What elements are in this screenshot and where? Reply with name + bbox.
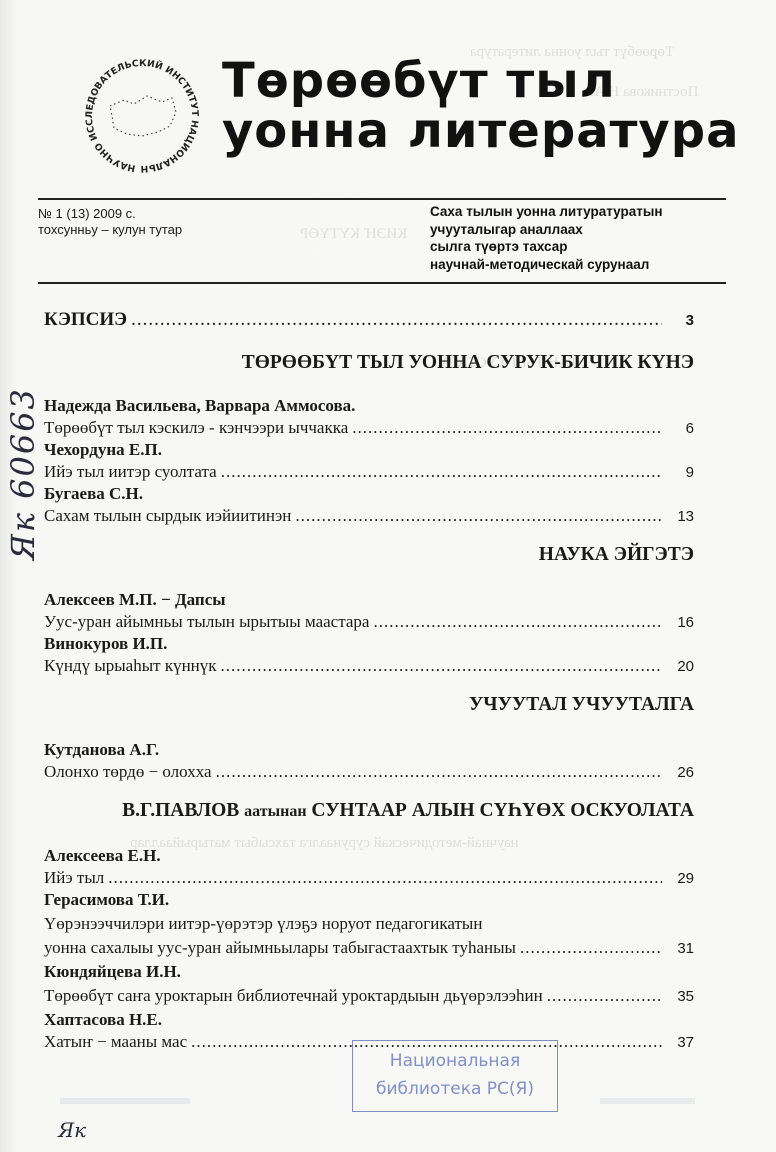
toc-entry[interactable]: Сахам тылын сырдык иэйиитинэн 13 (44, 506, 694, 528)
leader-dots (131, 309, 662, 331)
page-number: 35 (670, 988, 694, 1005)
page-number: 6 (670, 420, 694, 437)
page-number: 3 (670, 312, 694, 329)
toc-entry[interactable]: Ийэ тыл иитэр суолтата 9 (44, 462, 694, 484)
entry-title: Төрөөбүт тыл кэскилэ - кэнчээри ыччакка (44, 418, 348, 438)
bleed-through-text: научнай-методическай сурунаалга тахсыбыт… (130, 835, 519, 852)
divider-top (38, 198, 726, 200)
stamp-line2: библиотека РС(Я) (353, 1075, 557, 1103)
entry-title: Олонхо төрдө − олохха (44, 762, 212, 782)
page-number: 20 (670, 658, 694, 675)
page-number: 13 (670, 508, 694, 525)
scanned-page: Төрөөбүт тыл уонна литература Постникова… (0, 0, 776, 1152)
issue-info: № 1 (13) 2009 с. тохсунньу – кулун тутар (38, 206, 182, 238)
toc-entry[interactable]: уонна сахалыы уус-уран айымньылары табыг… (44, 938, 694, 960)
entry-author: Кутданова А.Г. (44, 740, 159, 760)
leader-dots (221, 462, 662, 482)
entry-title: Сахам тылын сырдык иэйиитинэн (44, 506, 291, 526)
section-heading: УЧУУТАЛ УЧУУТАЛГА (469, 694, 694, 716)
entry-author: Бугаева С.Н. (44, 484, 143, 504)
description-line: учууталыгар аналлаах (430, 221, 663, 239)
page-number: 16 (670, 614, 694, 631)
page-number: 31 (670, 940, 694, 957)
svg-text:НАУЧНО ИССЛЕДОВАТЕЛЬСКИЙ ИНСТИ: НАУЧНО ИССЛЕДОВАТЕЛЬСКИЙ ИНСТИТУТ НАЦИОН… (72, 48, 200, 174)
entry-author: Винокуров И.П. (44, 634, 167, 654)
page-number: 29 (670, 870, 694, 887)
bleed-through-bar (60, 1098, 190, 1104)
description-line: научнай-методическай сурунаал (430, 256, 663, 274)
leader-dots (520, 938, 662, 958)
entry-title: Ийэ тыл иитэр суолтата (44, 462, 217, 482)
entry-author: Алексеев М.П. − Дапсы (44, 590, 226, 610)
entry-author: Надежда Васильева, Варвара Аммосова. (44, 396, 355, 416)
entry-title: уонна сахалыы уус-уран айымньылары табыг… (44, 938, 516, 958)
heading-mid: аатынан (244, 803, 306, 820)
description-line: сылга түөртэ тахсар (430, 238, 663, 256)
issue-months: тохсунньу – кулун тутар (38, 222, 182, 238)
page-number: 37 (670, 1034, 694, 1051)
toc-entry[interactable]: Күндү ырыаһыт күннүк 20 (44, 656, 694, 678)
handwritten-call-number: Як 60663 (4, 387, 42, 560)
section-heading: В.Г.ПАВЛОВ аатынан СУНТААР АЛЫН СҮҺҮӨХ О… (122, 800, 694, 822)
divider-bottom (38, 282, 726, 284)
leader-dots (373, 612, 662, 632)
handwritten-initials: Як (58, 1118, 86, 1142)
leader-dots (216, 762, 662, 782)
leader-dots (295, 506, 662, 526)
entry-title: КЭПСИЭ (44, 309, 127, 331)
entry-title: Төрөөбүт саҥа уроктарын библиотечнай уро… (44, 986, 543, 1006)
entry-title: Уус-уран айымньы тылын ырытыы маастара (44, 612, 369, 632)
library-stamp: Национальная библиотека РС(Я) (352, 1040, 558, 1112)
bleed-through-bar (600, 1098, 695, 1104)
entry-title: Ийэ тыл (44, 868, 104, 888)
entry-title: Күндү ырыаһыт күннүк (44, 656, 217, 676)
toc-entry[interactable]: Төрөөбүт саҥа уроктарын библиотечнай уро… (44, 986, 694, 1008)
toc-entry[interactable]: Олонхо төрдө − олохха 26 (44, 762, 694, 784)
issue-number: № 1 (13) 2009 с. (38, 206, 182, 222)
section-heading: ТӨРӨӨБҮТ ТЫЛ УОННА СУРУК-БИЧИК КҮНЭ (242, 352, 694, 374)
entry-author: Кюндяйцева И.Н. (44, 962, 181, 982)
description-line: Саха тылын уонна литуратуратын (430, 203, 663, 221)
entry-author: Алексеева Е.Н. (44, 846, 161, 866)
leader-dots (221, 656, 662, 676)
heading-prefix: В.Г.ПАВЛОВ (122, 800, 239, 821)
toc-entry[interactable]: Уус-уран айымньы тылын ырытыы маастара 1… (44, 612, 694, 634)
institute-logo: НАУЧНО ИССЛЕДОВАТЕЛЬСКИЙ ИНСТИТУТ НАЦИОН… (72, 48, 212, 182)
journal-title: Төрөөбүт тыл уонна литература (222, 56, 739, 156)
entry-title-line1[interactable]: Үөрэнээччилэри иитэр-үөрэтэр үлэҕэ норуо… (44, 914, 482, 934)
bleed-through-text: КИЭҤ КҮТҮӨР (300, 226, 407, 243)
entry-author: Чехордуна Е.П. (44, 440, 162, 460)
toc-entry[interactable]: Ийэ тыл 29 (44, 868, 694, 890)
entry-author: Герасимова Т.И. (44, 890, 169, 910)
page-number: 9 (670, 464, 694, 481)
heading-main: СУНТААР АЛЫН СҮҺҮӨХ ОСКУОЛАТА (311, 800, 694, 821)
page-number: 26 (670, 764, 694, 781)
leader-dots (547, 986, 662, 1006)
entry-author: Хаптасова Н.Е. (44, 1010, 162, 1030)
entry-title: Хатыҥ − мааны мас (44, 1032, 187, 1052)
toc-entry[interactable]: Төрөөбүт тыл кэскилэ - кэнчээри ыччакка … (44, 418, 694, 440)
toc-entry-intro[interactable]: КЭПСИЭ 3 (44, 309, 694, 331)
journal-description: Саха тылын уонна литуратуратын учууталыг… (430, 203, 663, 273)
journal-title-line2: уонна литература (222, 106, 739, 156)
leader-dots (352, 418, 662, 438)
stamp-line1: Национальная (353, 1047, 557, 1075)
leader-dots (108, 868, 662, 888)
section-heading: НАУКА ЭЙГЭТЭ (539, 544, 694, 566)
journal-title-line1: Төрөөбүт тыл (222, 53, 616, 109)
